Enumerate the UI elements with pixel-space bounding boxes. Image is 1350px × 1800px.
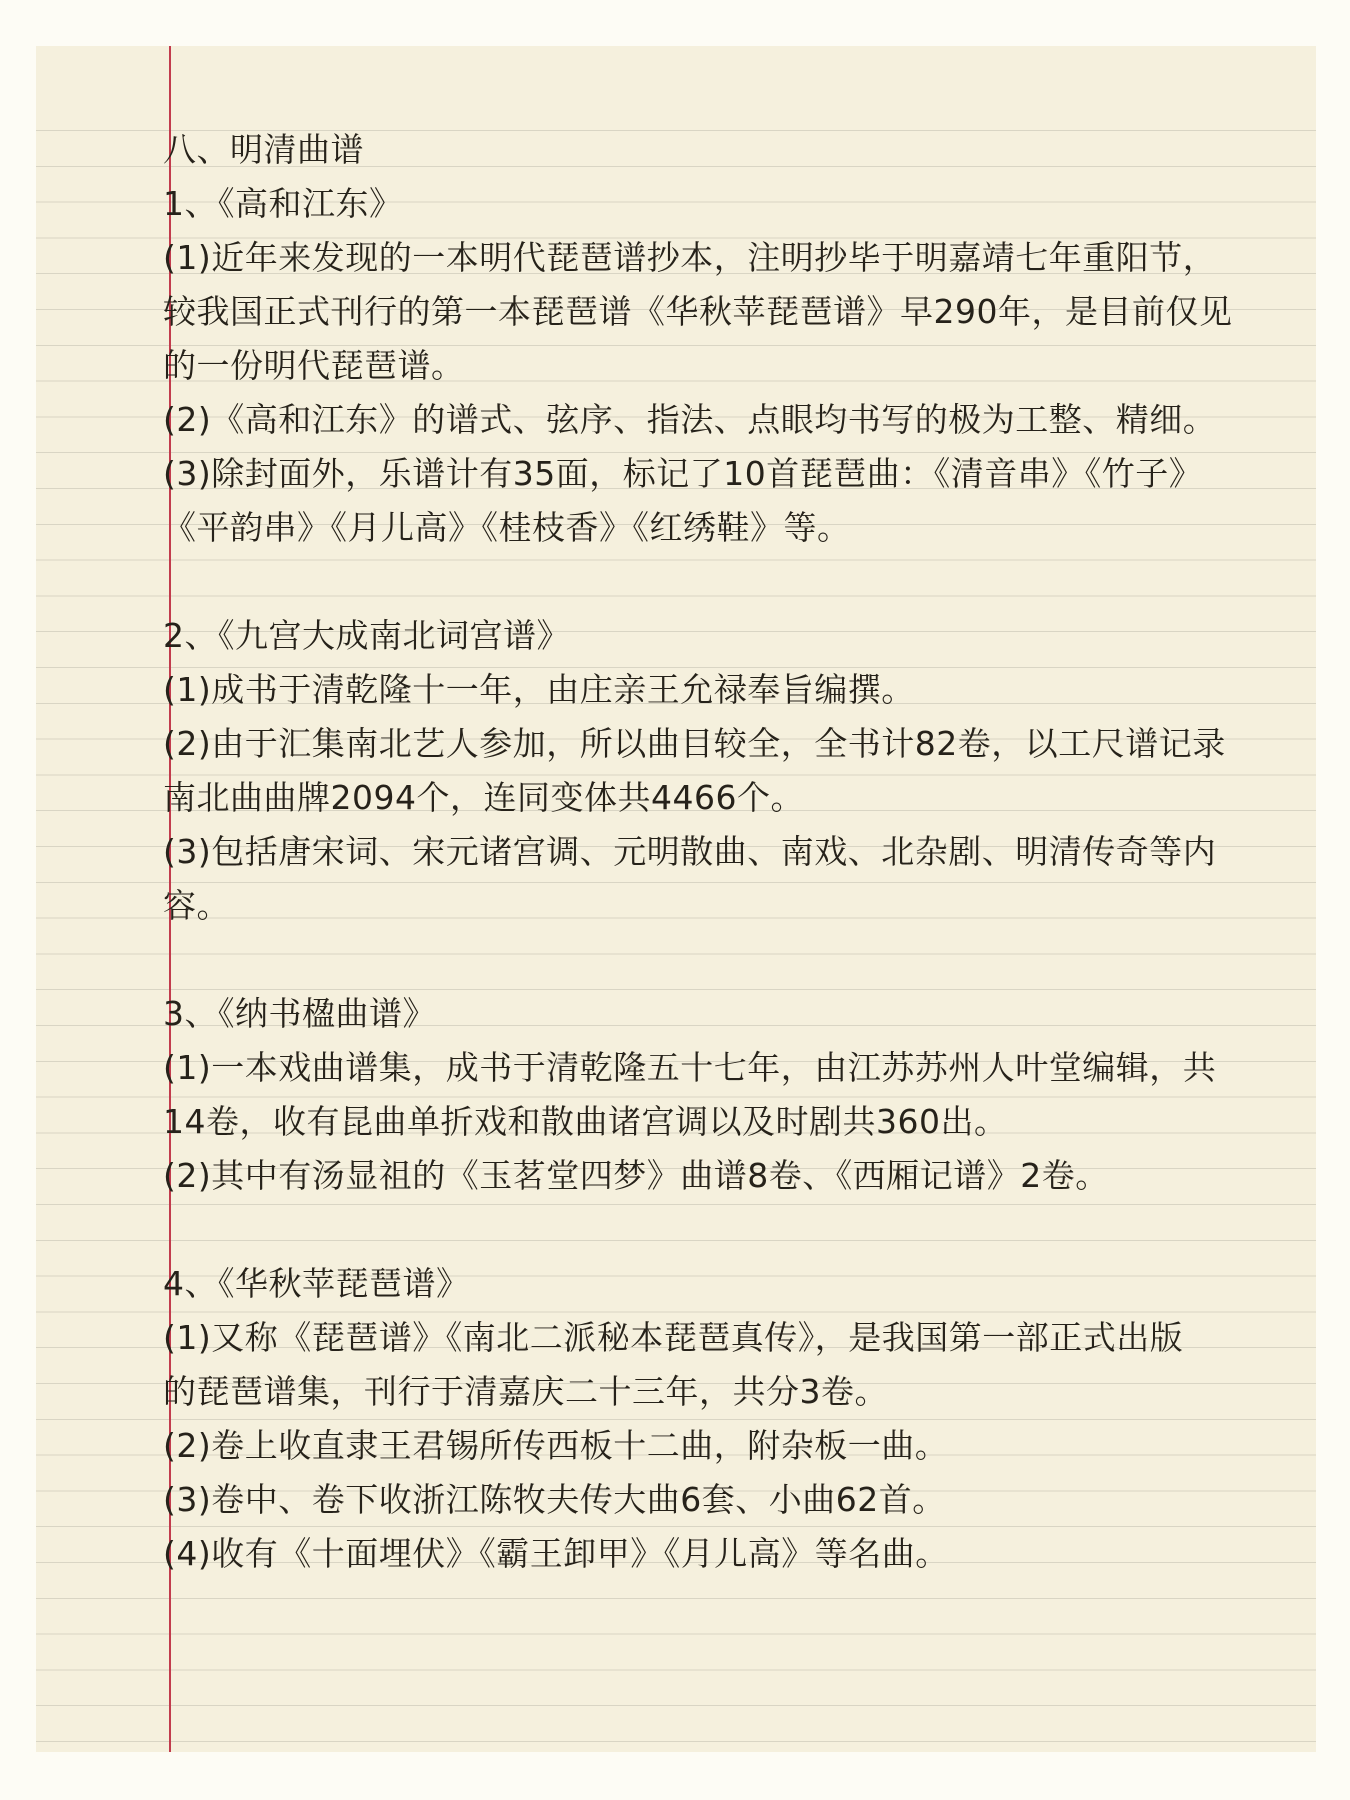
handwritten-line: 1、《高和江东》 xyxy=(163,177,1300,231)
handwritten-line: (3)包括唐宋词、宋元诸宫调、元明散曲、南戏、北杂剧、明清传奇等内 xyxy=(163,825,1300,879)
note-title: 八、明清曲谱 xyxy=(163,123,1300,177)
handwritten-line: 南北曲曲牌2094个，连同变体共4466个。 xyxy=(163,771,1300,825)
section-na-shu-ying: 3、《纳书楹曲谱》(1)一本戏曲谱集，成书于清乾隆五十七年，由江苏苏州人叶堂编辑… xyxy=(163,987,1300,1203)
note-sections: 1、《高和江东》(1)近年来发现的一本明代琵琶谱抄本，注明抄毕于明嘉靖七年重阳节… xyxy=(163,177,1300,1581)
handwritten-line: 《平韵串》《月儿高》《桂枝香》《红绣鞋》等。 xyxy=(163,501,1300,555)
section-hua-qiu-ping: 4、《华秋苹琵琶谱》(1)又称《琵琶谱》《南北二派秘本琵琶真传》，是我国第一部正… xyxy=(163,1257,1300,1581)
handwritten-line: 4、《华秋苹琵琶谱》 xyxy=(163,1257,1300,1311)
handwritten-line: (2)由于汇集南北艺人参加，所以曲目较全，全书计82卷，以工尺谱记录 xyxy=(163,717,1300,771)
section-gao-he-jiang-dong: 1、《高和江东》(1)近年来发现的一本明代琵琶谱抄本，注明抄毕于明嘉靖七年重阳节… xyxy=(163,177,1300,555)
handwritten-line: 14卷，收有昆曲单折戏和散曲诸宫调以及时剧共360出。 xyxy=(163,1095,1300,1149)
handwritten-line: (1)又称《琵琶谱》《南北二派秘本琵琶真传》，是我国第一部正式出版 xyxy=(163,1311,1300,1365)
handwritten-line: 2、《九宫大成南北词宫谱》 xyxy=(163,609,1300,663)
handwritten-line: (1)近年来发现的一本明代琵琶谱抄本，注明抄毕于明嘉靖七年重阳节， xyxy=(163,231,1300,285)
handwritten-line: (4)收有《十面埋伏》《霸王卸甲》《月儿高》等名曲。 xyxy=(163,1527,1300,1581)
handwritten-line: (1)成书于清乾隆十一年，由庄亲王允禄奉旨编撰。 xyxy=(163,663,1300,717)
handwritten-line: 的琵琶谱集，刊行于清嘉庆二十三年，共分3卷。 xyxy=(163,1365,1300,1419)
handwritten-line: (2)其中有汤显祖的《玉茗堂四梦》曲谱8卷、《西厢记谱》2卷。 xyxy=(163,1149,1300,1203)
handwritten-line: (2)《高和江东》的谱式、弦序、指法、点眼均书写的极为工整、精细。 xyxy=(163,393,1300,447)
handwritten-line: (3)卷中、卷下收浙江陈牧夫传大曲6套、小曲62首。 xyxy=(163,1473,1300,1527)
handwritten-line: (2)卷上收直隶王君锡所传西板十二曲，附杂板一曲。 xyxy=(163,1419,1300,1473)
handwritten-line: 容。 xyxy=(163,879,1300,933)
handwritten-line: (1)一本戏曲谱集，成书于清乾隆五十七年，由江苏苏州人叶堂编辑，共 xyxy=(163,1041,1300,1095)
note-text: 八、明清曲谱 1、《高和江东》(1)近年来发现的一本明代琵琶谱抄本，注明抄毕于明… xyxy=(163,123,1300,1581)
notebook-paper: 八、明清曲谱 1、《高和江东》(1)近年来发现的一本明代琵琶谱抄本，注明抄毕于明… xyxy=(36,46,1316,1752)
handwritten-line: 的一份明代琵琶谱。 xyxy=(163,339,1300,393)
handwritten-line: 3、《纳书楹曲谱》 xyxy=(163,987,1300,1041)
handwritten-line: (3)除封面外，乐谱计有35面，标记了10首琵琶曲：《清音串》《竹子》 xyxy=(163,447,1300,501)
section-jiu-gong-da-cheng: 2、《九宫大成南北词宫谱》(1)成书于清乾隆十一年，由庄亲王允禄奉旨编撰。(2)… xyxy=(163,609,1300,933)
handwritten-line: 较我国正式刊行的第一本琵琶谱《华秋苹琵琶谱》早290年，是目前仅见 xyxy=(163,285,1300,339)
note-page-background: 八、明清曲谱 1、《高和江东》(1)近年来发现的一本明代琵琶谱抄本，注明抄毕于明… xyxy=(0,0,1350,1800)
